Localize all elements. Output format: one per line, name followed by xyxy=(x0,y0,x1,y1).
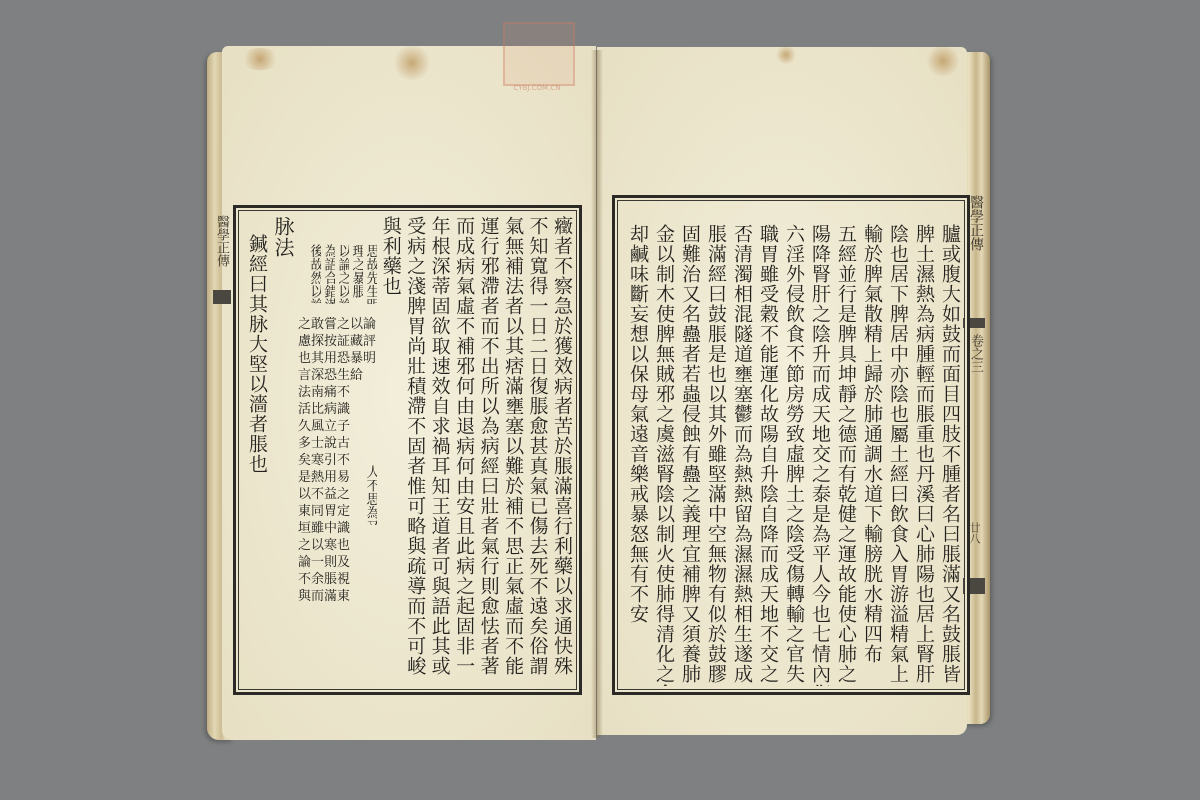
commentary-line: 矣寒引不 xyxy=(298,452,376,469)
text-column: 五經並行是脾具坤靜之德而有乾健之運故能使心肺之 xyxy=(831,224,857,686)
book-gutter xyxy=(591,50,603,738)
commentary-column: 後故然以論生 xyxy=(307,244,321,304)
text-column: 與利藥也 xyxy=(377,216,401,686)
commentary-line: 言深恐生給 xyxy=(298,367,376,384)
commentary-line: 之敢嘗之以論 xyxy=(298,316,376,333)
left-spine-title: 醫學正傳 xyxy=(212,215,231,267)
text-column: 固難治又名蠱者若蟲侵蝕有蠱之義理宜補脾又須養肺 xyxy=(675,224,701,686)
age-stain xyxy=(925,46,961,76)
age-stain xyxy=(775,46,797,64)
text-column: 年根深蒂固欲取速效自求禍耳知王道者可與語此其或 xyxy=(426,216,450,686)
text-column: 不知寬得一日二日復脹愈甚真氣已傷去死不遠矣俗謂 xyxy=(524,216,548,686)
commentary-line: 法南痛不 xyxy=(298,384,376,401)
pulse-section: 脉法 鍼經曰其脉大堅以濇者脹也 xyxy=(242,216,294,686)
text-column: 鍼經曰其脉大堅以濇者脹也 xyxy=(242,216,268,686)
age-stain xyxy=(392,46,432,80)
commentary-column: 以論之以論 xyxy=(335,244,349,304)
text-column: 否清濁相混隧道壅塞鬱而為熱熱留為濕濕熱相生遂成 xyxy=(727,224,753,686)
commentary-lower: 之敢嘗之以論 慮探按証藏評 也其用恐暴明 言深恐生給 法南痛不 活比病識 久風立… xyxy=(298,316,376,605)
commentary-line: 不余脹視 xyxy=(298,571,376,588)
commentary-line: 論一則及 xyxy=(298,554,376,571)
library-seal-watermark xyxy=(503,22,575,86)
commentary-line: 以不益之 xyxy=(298,486,376,503)
commentary-line: 多士說古 xyxy=(298,435,376,452)
text-column: 輸於脾氣散精上歸於肺通調水道下輸膀胱水精四布 xyxy=(857,224,883,686)
text-column: 癥者不察急於獲效病者苦於脹滿喜行利藥以求通快殊 xyxy=(549,216,573,686)
fore-edge-block-mark xyxy=(213,290,231,304)
section-heading: 脉法 xyxy=(268,216,294,686)
open-book: CYBJ.COM.CN 醫學正傳 醫學正傳 卷之三 廿八 癥者不察急於獲效病者苦… xyxy=(0,0,1200,800)
age-stain xyxy=(240,48,280,70)
commentary-line: 活比病識 xyxy=(298,401,376,418)
text-column: 運行邪滯者而不出所以為病經曰壯者氣行則愈怯者著 xyxy=(475,216,499,686)
left-text-columns: 癥者不察急於獲效病者苦於脹滿喜行利藥以求通快殊 不知寬得一日二日復脹愈甚真氣已傷… xyxy=(242,216,573,686)
commentary-line: 垣雖中識 xyxy=(298,520,376,537)
text-column: 却鹹味斷妄想以保母氣遠音樂戒暴怒無有不安 xyxy=(623,224,649,686)
commentary-line: 久風立子 xyxy=(298,418,376,435)
commentary-line: 是熱用易 xyxy=(298,469,376,486)
commentary-line: 慮探按証藏評 xyxy=(298,333,376,350)
commentary-column: 為語合錯滿 xyxy=(321,244,335,304)
text-column: 而成病氣虛不補邪何由退病何由安且此病之起固非一 xyxy=(451,216,475,686)
text-column: 氣無補法者以其痞滿壅塞以難於補不思正氣虛而不能 xyxy=(500,216,524,686)
text-column: 脾土濕熱為病腫輕而脹重也丹溪曰心肺陽也居上腎肝 xyxy=(909,224,935,686)
right-text-frame: 臚或腹大如鼓而面目四肢不腫者名曰脹滿又名鼓脹皆 脾土濕熱為病腫輕而脹重也丹溪曰心… xyxy=(612,195,970,695)
text-column: 金以制木使脾無賊邪之虞滋腎陰以制火使肺得清化之令 xyxy=(649,224,675,686)
text-column: 陽降腎肝之陰升而成天地交之泰是為平人今也七情內傷 xyxy=(805,224,831,686)
commentary-line: 也其用恐暴明 xyxy=(298,350,376,367)
commentary-line: 東同胃定 xyxy=(298,503,376,520)
text-column: 職胃雖受穀不能運化故陽自升陰自降而成天地不交之 xyxy=(753,224,779,686)
left-text-frame: 癥者不察急於獲效病者苦於脹滿喜行利藥以求通快殊 不知寬得一日二日復脹愈甚真氣已傷… xyxy=(233,205,582,695)
text-column: 陰也居下脾居中亦陰也屬土經曰飲食入胃游溢精氣上 xyxy=(883,224,909,686)
text-column: 六淫外侵飲食不節房勞致虛脾土之陰受傷轉輸之官失 xyxy=(779,224,805,686)
right-text-columns: 臚或腹大如鼓而面目四肢不腫者名曰脹滿又名鼓脹皆 脾土濕熱為病腫輕而脹重也丹溪曰心… xyxy=(621,206,961,686)
commentary-column: 思故先生明 xyxy=(363,244,377,304)
watermark-caption: CYBJ.COM.CN xyxy=(497,84,577,92)
commentary-column: 理之暴脹 xyxy=(349,244,363,304)
text-column: 受病之淺脾胃尚壯積滯不固者惟可略與疏導而不可峻 xyxy=(402,216,426,686)
text-column: 脹滿經曰鼓脹是也以其外雖堅滿中空無物有似於鼓膠 xyxy=(701,224,727,686)
text-column: 臚或腹大如鼓而面目四肢不腫者名曰脹滿又名鼓脹皆 xyxy=(935,224,961,686)
commentary-line: 之以寒也 xyxy=(298,537,376,554)
commentary-block: 思故先生明 理之暴脹 以論之以論 為語合錯滿 後故然以論生 人不思為又此 之敢嘗… xyxy=(294,216,377,686)
commentary-line: 與而滿東 xyxy=(298,588,376,605)
